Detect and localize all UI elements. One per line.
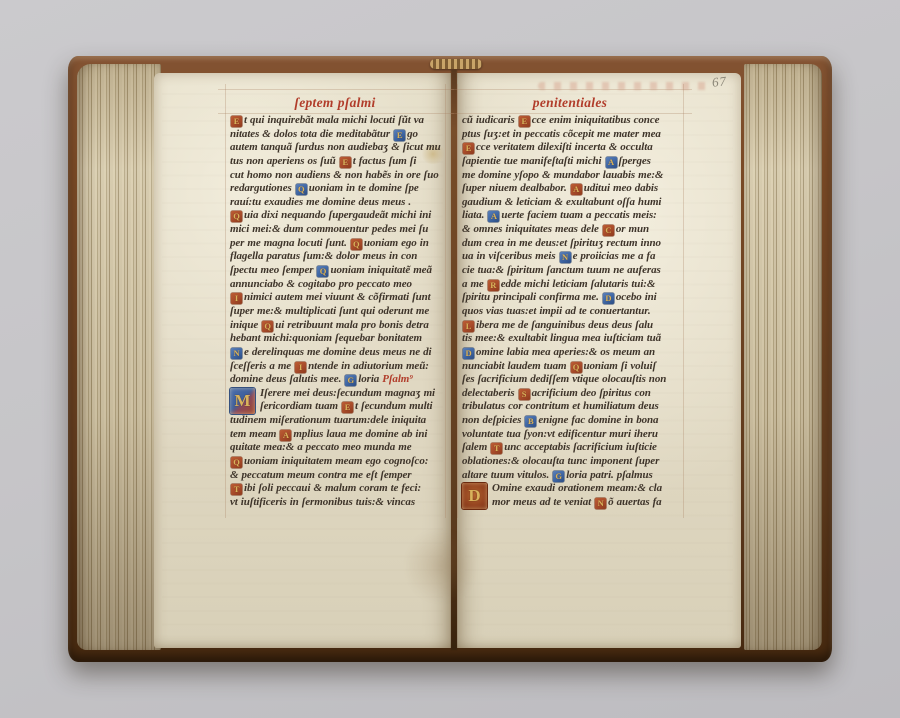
body-text: hebant michi:quoniam ſequebar bonitatem	[230, 332, 422, 344]
painted-initial: G	[553, 471, 564, 482]
painted-initial: A	[488, 211, 499, 222]
body-text: nitates & dolos tota die meditabãtur	[230, 128, 393, 140]
right-stack-shading	[744, 64, 822, 650]
body-text: dum crea in me deus:et ſpirituʒ rectum i…	[462, 237, 661, 249]
text-line: cũ iudicaris Ecce enim iniquitatibus con…	[462, 114, 678, 128]
body-text: cce veritatem dilexiſti incerta & occult…	[476, 141, 653, 153]
body-text: domine deus ſalutis mee.	[230, 373, 344, 385]
painted-initial: E	[231, 116, 242, 127]
body-text: go	[407, 128, 418, 140]
text-line: Domine labia mea aperies:& os meum an	[462, 346, 678, 360]
body-text: annunciabo & cogitabo pro peccato meo	[230, 278, 412, 290]
body-text: ocebo ini	[616, 291, 657, 303]
painted-initial: N	[595, 498, 606, 509]
text-line: a me Redde michi leticiam ſalutaris tui:…	[462, 278, 678, 292]
body-text: ſceſſeris a me	[230, 360, 294, 372]
painted-initial: Q	[262, 321, 273, 332]
text-line: flagella paratus ſum:& dolor meus in con	[230, 250, 440, 264]
body-text: vt iuſtificeris in ſermonibus tuis:& vin…	[230, 496, 415, 508]
body-text: ſalem	[462, 441, 490, 453]
body-text: & omnes iniquitates meas dele	[462, 223, 602, 235]
painted-initial: Q	[231, 211, 242, 222]
body-text: uia dixi nequando ſupergaudeãt michi ini	[244, 209, 431, 221]
text-line: ſericordiam tuam Et ſecundum multi	[230, 400, 440, 414]
body-text: uoniam in te domine ſpe	[309, 182, 419, 194]
text-line: voluntate tua ſyon:vt edificentur muri i…	[462, 428, 678, 442]
text-line: dum crea in me deus:et ſpirituʒ rectum i…	[462, 237, 678, 251]
text-line: vt iuſtificeris in ſermonibus tuis:& vin…	[230, 496, 440, 510]
body-text: cũ iudicaris	[462, 114, 518, 126]
text-line: ſceſſeris a me Intende in adiutorium meũ…	[230, 360, 440, 374]
body-text: edde michi leticiam ſalutaris tui:&	[501, 278, 656, 290]
text-line: ſalem Tunc acceptabis ſacrificium iuſtic…	[462, 441, 678, 455]
body-text: unc acceptabis ſacrificium iuſticie	[504, 441, 657, 453]
body-text: t factus ſum ſi	[353, 155, 417, 167]
text-line: me domine yſopo & mundabor lauabis me:&	[462, 169, 678, 183]
text-line: tudinem miſerationum tuarum:dele iniquit…	[230, 414, 440, 428]
text-line: & peccatum meum contra me eſt ſemper	[230, 469, 440, 483]
painted-initial: I	[231, 293, 242, 304]
text-line: liata. Auerte faciem tuam a peccatis mei…	[462, 209, 678, 223]
body-text: non deſpicies	[462, 414, 524, 426]
body-text: Iſerere mei deus:ſecundum magnaʒ mi	[260, 387, 435, 399]
body-text: enigne fac domine in bona	[538, 414, 658, 426]
body-text: & peccatum meum contra me eſt ſemper	[230, 469, 412, 481]
body-text: ptus ſuʒ:et in peccatis cõcepit me mater…	[462, 128, 661, 140]
text-line: ſapientie tue manifeſtaſti michi Aſperge…	[462, 155, 678, 169]
painted-initial: Q	[231, 457, 242, 468]
ruling-line	[683, 84, 684, 518]
text-line: & omnes iniquitates meas dele Cor mun	[462, 223, 678, 237]
body-text: mor meus ad te veniat	[492, 496, 594, 508]
left-running-header: ſeptem pſalmi	[230, 94, 440, 114]
text-line: per me magna locuti ſunt. Quoniam ego in	[230, 237, 440, 251]
painted-initial: Q	[571, 362, 582, 373]
body-text: tudinem miſerationum tuarum:dele iniquit…	[230, 414, 426, 426]
painted-initial: E	[519, 116, 530, 127]
text-line: hebant michi:quoniam ſequebar bonitatem	[230, 332, 440, 346]
painted-initial: L	[463, 321, 474, 332]
body-text: omine labia mea aperies:& os meum an	[476, 346, 655, 358]
text-line: tem meam Amplius laua me domine ab ini	[230, 428, 440, 442]
body-text: ua in viſceribus meis	[462, 250, 559, 262]
body-text: quos vias tuas:et impii ad te conuertant…	[462, 305, 651, 317]
painted-initial: D	[603, 293, 614, 304]
body-text: ibera me de ſanguinibus deus deus ſalu	[476, 319, 653, 331]
left-text-column: ſeptem pſalmi Et qui inquirebãt mala mic…	[230, 94, 440, 510]
body-text: ntende in adiutorium meũ:	[308, 360, 429, 372]
body-text: uoniam ſi voluiſ	[584, 360, 657, 372]
body-text: uoniam iniquitatem meam ego cognoſco:	[244, 455, 428, 467]
body-text: quitate mea:& a peccato meo munda me	[230, 441, 412, 453]
text-line: ſpiritu principali confirma me. Docebo i…	[462, 291, 678, 305]
ruling-line	[450, 89, 692, 90]
body-text: uerte faciem tuam a peccatis meis:	[501, 209, 656, 221]
text-line: redargutiones Quoniam in te domine ſpe	[230, 182, 440, 196]
painted-initial: A	[606, 157, 617, 168]
body-text: Omine exaudi orationem meam:& cla	[492, 482, 662, 494]
text-line: Et qui inquirebãt mala michi locuti ſũt …	[230, 114, 440, 128]
body-text: cie tua:& ſpiritum ſanctum tuum ne aufer…	[462, 264, 661, 276]
painted-initial: A	[571, 184, 582, 195]
text-line: non deſpicies Benigne fac domine in bona	[462, 414, 678, 428]
painted-initial: R	[488, 280, 499, 291]
body-text: liata.	[462, 209, 487, 221]
painted-initial: I	[295, 362, 306, 373]
body-text: ibi ſoli peccaui & malum coram te feci:	[244, 482, 421, 494]
body-text: flagella paratus ſum:& dolor meus in con	[230, 250, 417, 262]
painted-initial: E	[340, 157, 351, 168]
text-line: mor meus ad te veniat Nõ auertas fa	[462, 496, 678, 510]
painted-initial: A	[280, 430, 291, 441]
body-text: ſapientie tue manifeſtaſti michi	[462, 155, 605, 167]
body-text: uditui meo dabis	[584, 182, 658, 194]
text-line: quitate mea:& a peccato meo munda me	[230, 441, 440, 455]
painted-initial: S	[519, 389, 530, 400]
painted-initial: Q	[317, 266, 328, 277]
body-text: ſes ſacrificium dediſſem vtique olocauſt…	[462, 373, 666, 385]
body-text: tem meam	[230, 428, 279, 440]
body-text: rauí:tu exaudies me domine deus meus .	[230, 196, 411, 208]
body-text: t ſecundum multi	[355, 400, 432, 412]
text-line: nitates & dolos tota die meditabãtur Ego	[230, 128, 440, 142]
body-text: e proiicias me a fa	[573, 250, 656, 262]
body-text: per me magna locuti ſunt.	[230, 237, 350, 249]
text-line: nunciabit laudem tuam Quoniam ſi voluiſ	[462, 360, 678, 374]
body-text: ſperges	[619, 155, 651, 167]
painted-initial: T	[491, 443, 502, 454]
body-text: me domine yſopo & mundabor lauabis me:&	[462, 169, 663, 181]
text-line: DOmine exaudi orationem meam:& cla	[462, 482, 678, 496]
painted-initial: T	[231, 484, 242, 495]
text-line: ſuper me:& multiplicati ſunt qui oderunt…	[230, 305, 440, 319]
ruling-line	[445, 84, 446, 518]
text-line: Quoniam iniquitatem meam ego cognoſco:	[230, 455, 440, 469]
rubric-text: Pſalm⁹	[382, 373, 413, 385]
ruling-line	[457, 84, 458, 518]
body-text: ſpiritu principali confirma me.	[462, 291, 602, 303]
right-running-header: penitentiales	[462, 94, 678, 114]
text-line: autem tanquã ſurdus non audiebaʒ & ſicut…	[230, 141, 440, 155]
body-text: uoniam ego in	[364, 237, 429, 249]
text-line: rauí:tu exaudies me domine deus meus .	[230, 196, 440, 210]
text-line: Quia dixi nequando ſupergaudeãt michi in…	[230, 209, 440, 223]
text-line: ſpectu meo ſemper Quoniam iniquitatẽ meã	[230, 264, 440, 278]
headband	[430, 59, 482, 69]
text-line: ptus ſuʒ:et in peccatis cõcepit me mater…	[462, 128, 678, 142]
text-line: Ecce veritatem dilexiſti incerta & occul…	[462, 141, 678, 155]
text-line: ſes ſacrificium dediſſem vtique olocauſt…	[462, 373, 678, 387]
body-text: tus non aperiens os ſuũ	[230, 155, 339, 167]
body-text: cce enim iniquitatibus conce	[532, 114, 660, 126]
illuminated-initial: D	[462, 483, 487, 509]
painted-initial: B	[525, 416, 536, 427]
text-line: altare tuum vitulos. Gloria patri. pſalm…	[462, 469, 678, 483]
body-text: voluntate tua ſyon:vt edificentur muri i…	[462, 428, 658, 440]
text-line: Libera me de ſanguinibus deus deus ſalu	[462, 319, 678, 333]
body-text: a me	[462, 278, 487, 290]
left-stack-shading	[77, 64, 161, 650]
right-page-text: cũ iudicaris Ecce enim iniquitatibus con…	[462, 114, 678, 510]
painted-initial: N	[560, 252, 571, 263]
ruling-line	[218, 89, 454, 90]
text-line: tus non aperiens os ſuũ Et factus ſum ſi	[230, 155, 440, 169]
body-text: cut homo non audiens & non habẽs in ore …	[230, 169, 439, 181]
folio-number-pencil: 67	[711, 73, 728, 90]
text-line: inique Qui retribuunt mala pro bonis det…	[230, 319, 440, 333]
body-text: mplius laua me domine ab ini	[293, 428, 427, 440]
body-text: ſpectu meo ſemper	[230, 264, 316, 276]
right-page-stack-edge	[744, 64, 822, 650]
text-line: ua in viſceribus meis Ne proiicias me a …	[462, 250, 678, 264]
body-text: gaudium & leticiam & exultabunt oſſa hum…	[462, 196, 661, 208]
body-text: altare tuum vitulos.	[462, 469, 552, 481]
body-text: nimici autem mei viuunt & cõfirmati ſunt	[244, 291, 431, 303]
painted-initial: C	[603, 225, 614, 236]
body-text: õ auertas fa	[608, 496, 661, 508]
body-text: tis mee:& exultabit lingua mea iuſticiam…	[462, 332, 661, 344]
body-text: uoniam iniquitatẽ meã	[330, 264, 431, 276]
text-line: cie tua:& ſpiritum ſanctum tuum ne aufer…	[462, 264, 678, 278]
text-line: annunciabo & cogitabo pro peccato meo	[230, 278, 440, 292]
open-book: ſeptem pſalmi Et qui inquirebãt mala mic…	[68, 56, 832, 662]
painted-initial: Q	[351, 239, 362, 250]
body-text: ſuper niuem dealbabor.	[462, 182, 570, 194]
body-text: acrificium deo ſpiritus con	[532, 387, 651, 399]
painted-initial: G	[345, 375, 356, 386]
text-line: ſuper niuem dealbabor. Auditui meo dabis	[462, 182, 678, 196]
text-line: delectaberis Sacrificium deo ſpiritus co…	[462, 387, 678, 401]
body-text: t qui inquirebãt mala michi locuti ſũt v…	[244, 114, 424, 126]
text-line: cut homo non audiens & non habẽs in ore …	[230, 169, 440, 183]
painted-initial: D	[463, 348, 474, 359]
text-line: quos vias tuas:et impii ad te conuertant…	[462, 305, 678, 319]
body-text: autem tanquã ſurdus non audiebaʒ & ſicut…	[230, 141, 441, 153]
body-text: redargutiones	[230, 182, 295, 194]
left-page-stack-edge	[77, 64, 161, 650]
painted-initial: E	[463, 143, 474, 154]
left-page-text: Et qui inquirebãt mala michi locuti ſũt …	[230, 114, 440, 510]
photo-background: { "book": { "folio_number": "67", "left_…	[0, 0, 900, 718]
body-text: loria patri. pſalmus	[566, 469, 653, 481]
body-text: loria	[358, 373, 382, 385]
body-text: delectaberis	[462, 387, 518, 399]
body-text: inique	[230, 319, 261, 331]
body-text: ſuper me:& multiplicati ſunt qui oderunt…	[230, 305, 429, 317]
text-line: Tibi ſoli peccaui & malum coram te feci:	[230, 482, 440, 496]
illuminated-initial: M	[230, 388, 255, 414]
text-line: domine deus ſalutis mee. Gloria Pſalm⁹	[230, 373, 440, 387]
painted-initial: Q	[296, 184, 307, 195]
body-text: oblationes:& olocauſta tunc imponent ſup…	[462, 455, 659, 467]
body-text: mici mei:& dum commouentur pedes mei ſu	[230, 223, 428, 235]
text-line: tribulatus cor contritum et humiliatum d…	[462, 400, 678, 414]
body-text: nunciabit laudem tuam	[462, 360, 570, 372]
body-text: e derelinquas me domine deus meus ne di	[244, 346, 431, 358]
body-text: or mun	[616, 223, 649, 235]
ruling-line	[225, 84, 226, 518]
body-text: tribulatus cor contritum et humiliatum d…	[462, 400, 659, 412]
text-line: Inimici autem mei viuunt & cõfirmati ſun…	[230, 291, 440, 305]
text-line: Ne derelinquas me domine deus meus ne di	[230, 346, 440, 360]
painted-initial: E	[394, 130, 405, 141]
body-text: ui retribuunt mala pro bonis detra	[275, 319, 429, 331]
painted-initial: E	[342, 402, 353, 413]
body-text: ſericordiam tuam	[260, 400, 341, 412]
painted-initial: N	[231, 348, 242, 359]
text-line: mici mei:& dum commouentur pedes mei ſu	[230, 223, 440, 237]
text-line: tis mee:& exultabit lingua mea iuſticiam…	[462, 332, 678, 346]
text-line: oblationes:& olocauſta tunc imponent ſup…	[462, 455, 678, 469]
right-text-column: penitentiales cũ iudicaris Ecce enim ini…	[462, 94, 678, 510]
text-line: MIſerere mei deus:ſecundum magnaʒ mi	[230, 387, 440, 401]
text-line: gaudium & leticiam & exultabunt oſſa hum…	[462, 196, 678, 210]
